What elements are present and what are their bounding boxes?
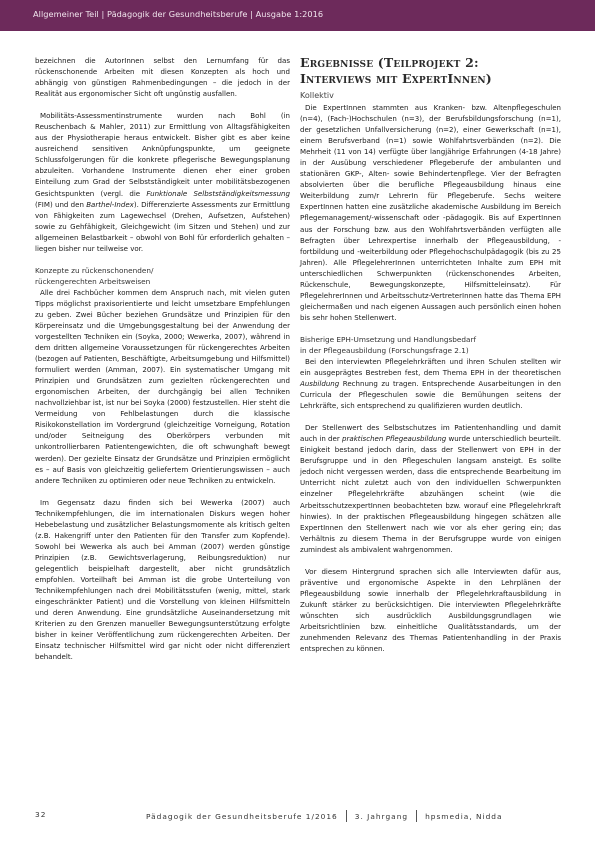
divider	[346, 810, 347, 822]
paragraph: Mobilitäts-Assessmentinstrumente wurden …	[35, 110, 290, 254]
publisher: hpsmedia, Nidda	[425, 812, 502, 821]
italic-term: Ausbildung	[300, 379, 339, 388]
paragraph: Im Gegensatz dazu finden sich bei Wewerk…	[35, 497, 290, 663]
running-header-title: Allgemeiner Teil | Pädagogik der Gesundh…	[33, 9, 323, 19]
paragraph: Alle drei Fachbücher kommen dem Anspruch…	[35, 287, 290, 486]
paragraph: bezeichnen die AutorInnen selbst den Ler…	[35, 55, 290, 99]
paragraph: Vor diesem Hintergrund sprachen sich all…	[300, 566, 561, 654]
italic-term: Barthel-Index	[86, 200, 134, 209]
italic-term: praktischen Pflegeausbildung	[342, 434, 446, 443]
paragraph: Bei den interviewten Pflegelehrkräften u…	[300, 356, 561, 411]
paragraph: Die ExpertInnen stammten aus Kranken- bz…	[300, 102, 561, 323]
right-column: Ergebnisse (Teilprojekt 2:Interviews mit…	[300, 55, 561, 654]
volume: 3. Jahrgang	[355, 812, 408, 821]
subheading: Konzepte zu rückenschonenden/rückengerec…	[35, 265, 290, 287]
section-title: Ergebnisse (Teilprojekt 2:Interviews mit…	[300, 55, 561, 87]
paragraph: Der Stellenwert des Selbstschutzes im Pa…	[300, 422, 561, 555]
footer-info: Pädagogik der Gesundheitsberufe 1/20163.…	[146, 810, 503, 822]
subheading: Bisherige EPH-Umsetzung und Handlungsbed…	[300, 334, 561, 356]
left-column: bezeichnen die AutorInnen selbst den Ler…	[35, 55, 290, 662]
subsection-title: Kollektiv	[300, 90, 561, 102]
running-header-bar: Allgemeiner Teil | Pädagogik der Gesundh…	[0, 0, 595, 31]
journal-name: Pädagogik der Gesundheitsberufe 1/2016	[146, 812, 338, 821]
italic-term: Funktionale Selbstständigkeitsmessung	[146, 189, 290, 198]
page-number: 32	[35, 810, 46, 819]
divider	[416, 810, 417, 822]
